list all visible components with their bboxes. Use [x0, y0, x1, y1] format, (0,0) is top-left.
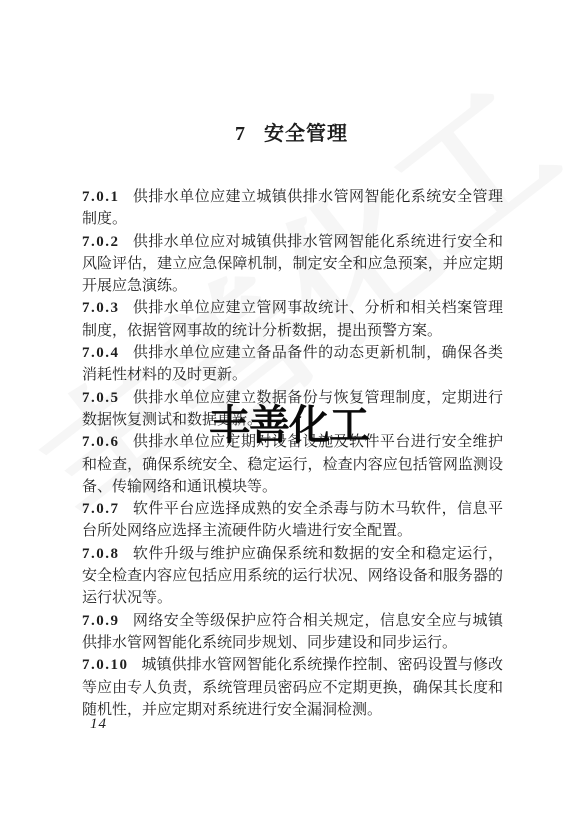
clause-text: 供排水单位应建立管网事故统计、分析和相关档案管理制度，依据管网事故的统计分析数据… [82, 300, 503, 338]
clause-paragraph: 7.0.5供排水单位应建立数据备份与恢复管理制度，定期进行数据恢复测试和数据更新… [82, 387, 503, 432]
clause-number: 7.0.1 [82, 189, 133, 205]
clause-text: 供排水单位应定期对设备设施及软件平台进行安全维护和检查，确保系统安全、稳定运行，… [82, 434, 503, 495]
clause-number: 7.0.3 [82, 300, 133, 316]
clause-text: 城镇供排水管网智能化系统操作控制、密码设置与修改等应由专人负责，系统管理员密码应… [82, 657, 503, 718]
clause-paragraph: 7.0.1供排水单位应建立城镇供排水管网智能化系统安全管理制度。 [82, 186, 503, 231]
clause-number: 7.0.10 [82, 657, 142, 673]
document-page: 丰善化工 7安全管理 7.0.1供排水单位应建立城镇供排水管网智能化系统安全管理… [0, 0, 583, 826]
clause-paragraph: 7.0.7软件平台应选择成熟的安全杀毒与防木马软件，信息平台所处网络应选择主流硬… [82, 498, 503, 543]
clause-text: 供排水单位应对城镇供排水管网智能化系统进行安全和风险评估，建立应急保障机制，制定… [82, 234, 503, 295]
clause-paragraph: 7.0.8软件升级与维护应确保系统和数据的安全和稳定运行，安全检查内容应包括应用… [82, 543, 503, 610]
clause-number: 7.0.9 [82, 613, 133, 629]
clause-number: 7.0.4 [82, 345, 133, 361]
clause-text: 软件升级与维护应确保系统和数据的安全和稳定运行，安全检查内容应包括应用系统的运行… [82, 546, 503, 607]
clause-text: 供排水单位应建立城镇供排水管网智能化系统安全管理制度。 [82, 189, 503, 227]
clause-paragraph: 7.0.4供排水单位应建立备品备件的动态更新机制，确保各类消耗性材料的及时更新。 [82, 342, 503, 387]
clause-text: 供排水单位应建立数据备份与恢复管理制度，定期进行数据恢复测试和数据更新。 [82, 390, 503, 428]
chapter-number: 7 [235, 123, 246, 145]
chapter-heading: 7安全管理 [0, 117, 583, 146]
clause-paragraph: 7.0.6供排水单位应定期对设备设施及软件平台进行安全维护和检查，确保系统安全、… [82, 431, 503, 498]
page-number: 14 [90, 716, 107, 733]
clause-number: 7.0.5 [82, 390, 133, 406]
clause-paragraph: 7.0.9网络安全等级保护应符合相关规定，信息安全应与城镇供排水管网智能化系统同… [82, 610, 503, 655]
clause-text: 供排水单位应建立备品备件的动态更新机制，确保各类消耗性材料的及时更新。 [82, 345, 503, 383]
clause-paragraph: 7.0.2供排水单位应对城镇供排水管网智能化系统进行安全和风险评估，建立应急保障… [82, 231, 503, 298]
clause-number: 7.0.7 [82, 501, 133, 517]
clause-number: 7.0.2 [82, 234, 133, 250]
clause-number: 7.0.8 [82, 546, 133, 562]
clause-text: 网络安全等级保护应符合相关规定，信息安全应与城镇供排水管网智能化系统同步规划、同… [82, 613, 503, 651]
clause-text: 软件平台应选择成熟的安全杀毒与防木马软件，信息平台所处网络应选择主流硬件防火墙进… [82, 501, 503, 539]
clause-paragraph: 7.0.3供排水单位应建立管网事故统计、分析和相关档案管理制度，依据管网事故的统… [82, 297, 503, 342]
chapter-title-text: 安全管理 [264, 123, 348, 145]
clause-number: 7.0.6 [82, 434, 133, 450]
clause-paragraph: 7.0.10城镇供排水管网智能化系统操作控制、密码设置与修改等应由专人负责，系统… [82, 654, 503, 721]
clause-list: 7.0.1供排水单位应建立城镇供排水管网智能化系统安全管理制度。 7.0.2供排… [82, 186, 503, 721]
